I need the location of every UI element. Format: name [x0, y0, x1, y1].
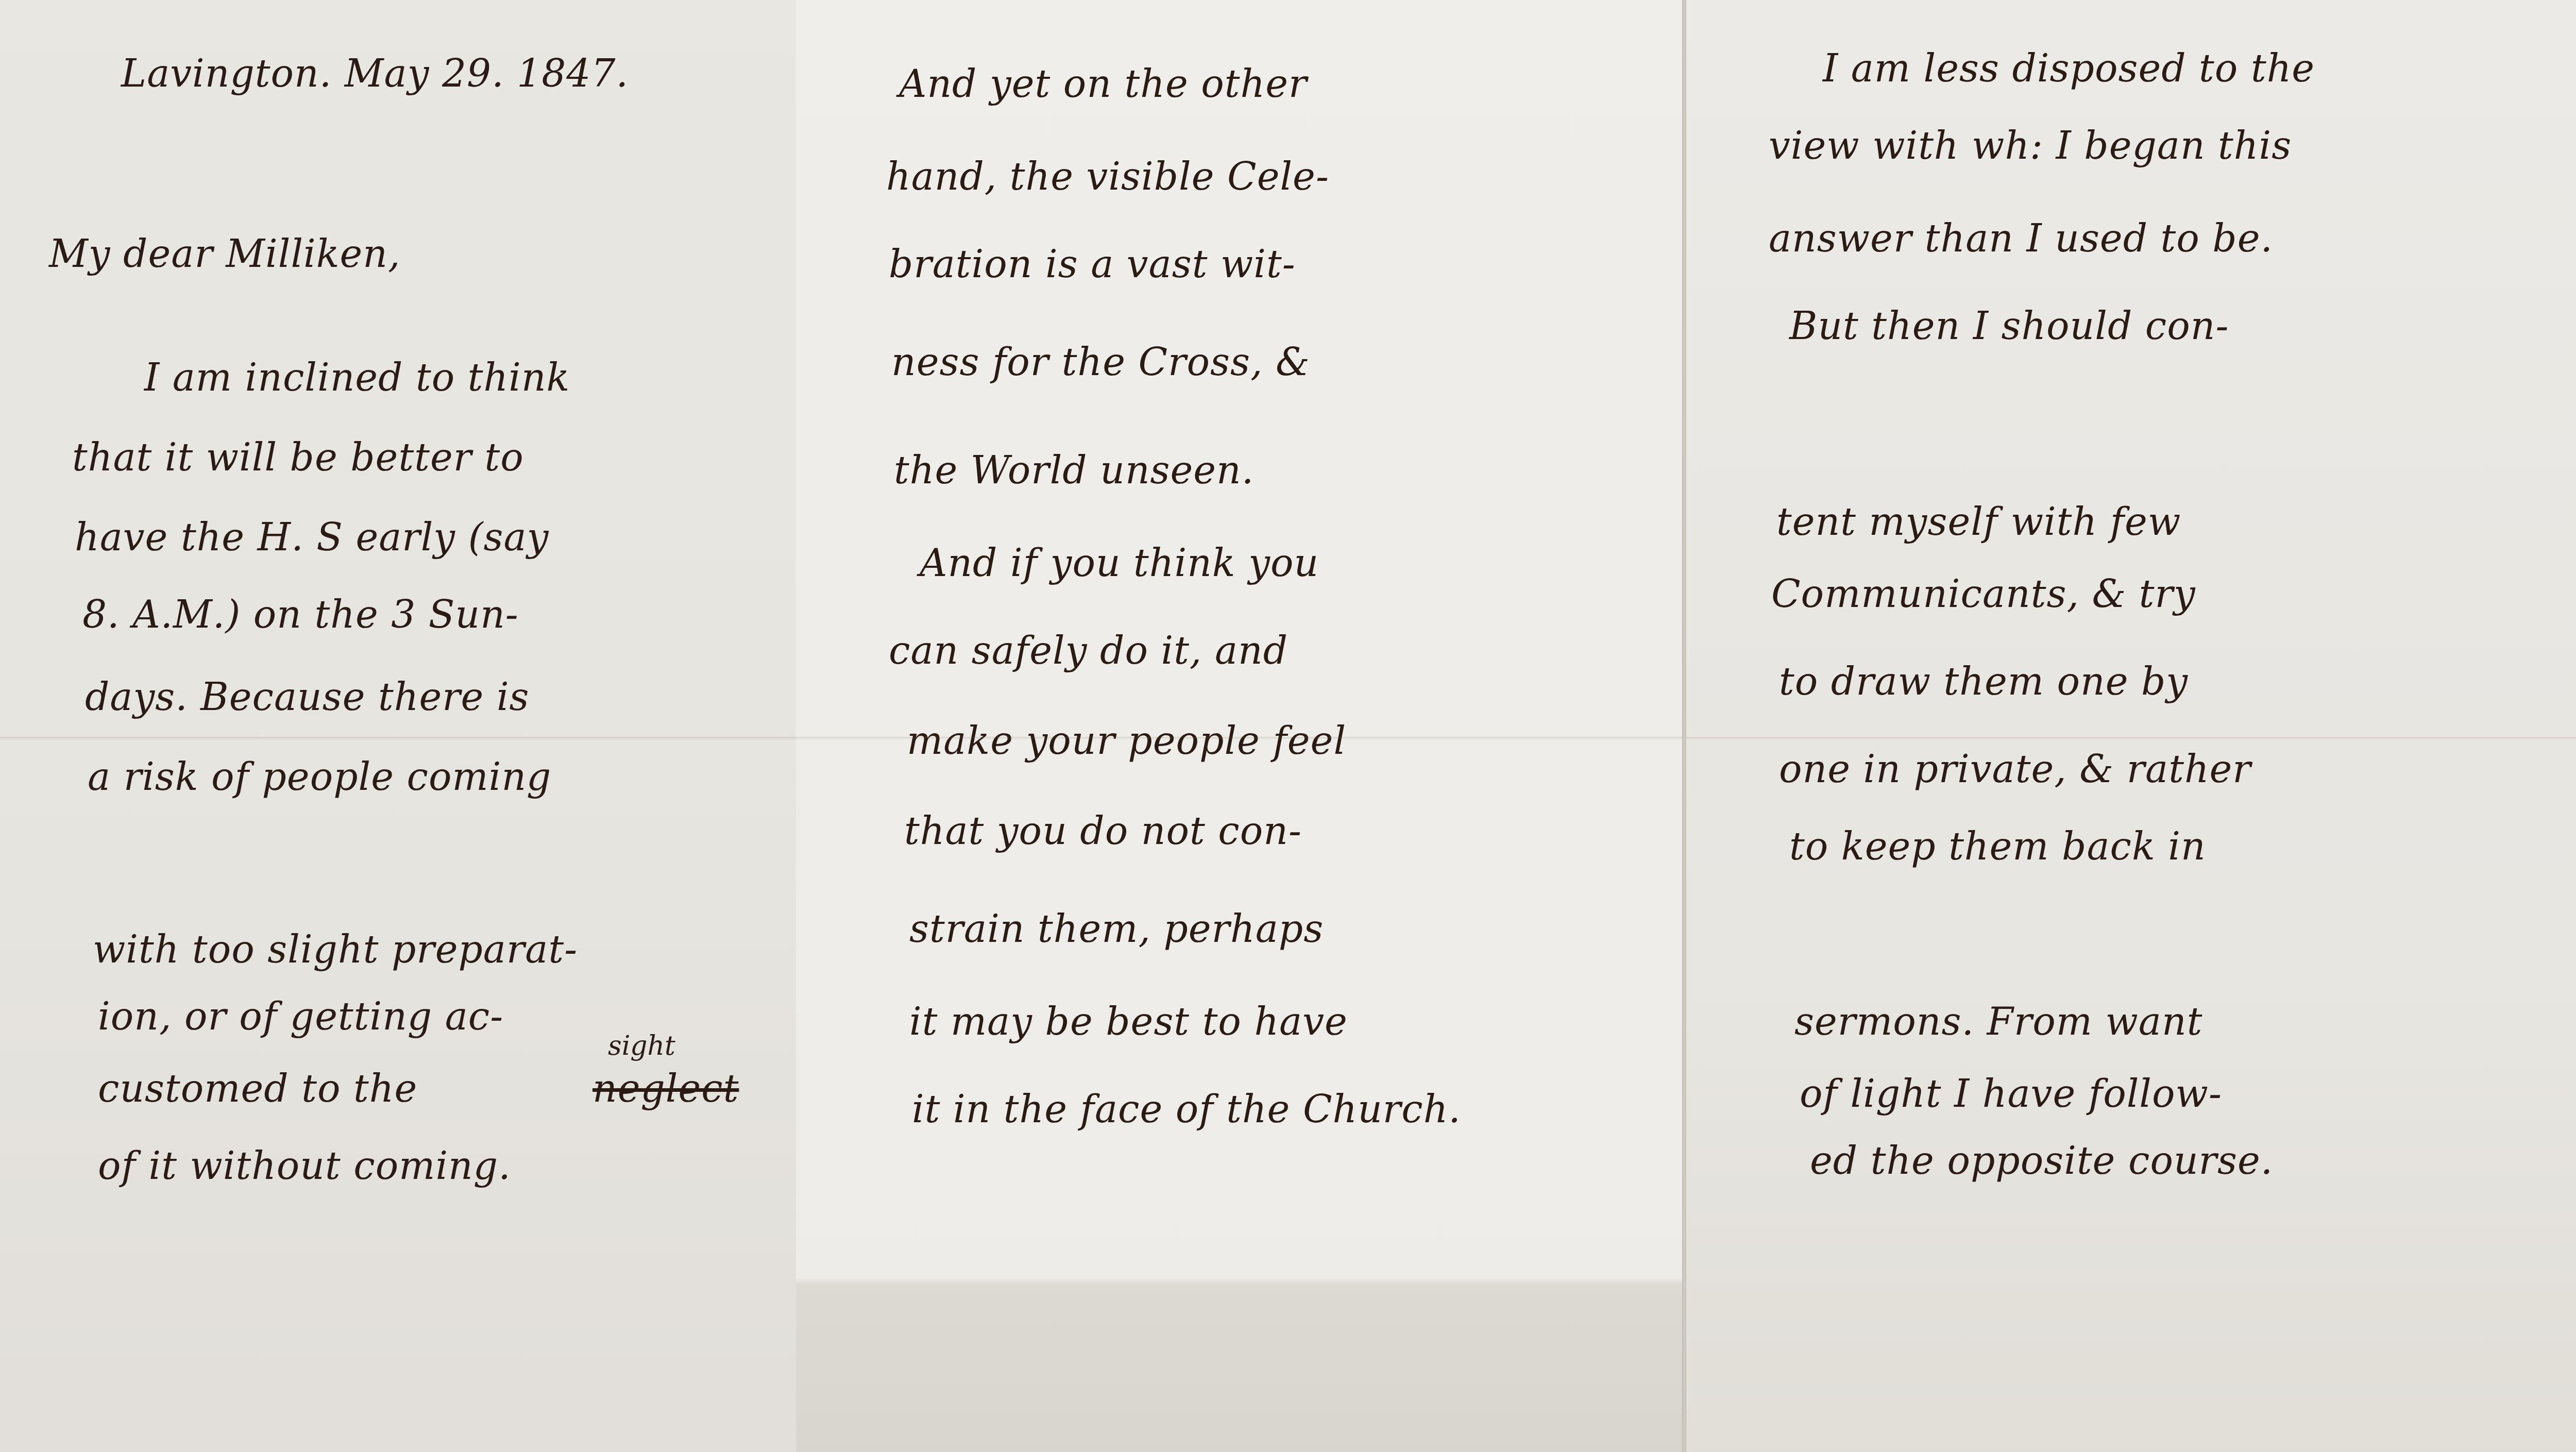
text-line: a risk of people coming — [88, 755, 551, 799]
salutation: My dear Milliken, — [49, 232, 401, 276]
text-line: that you do not con- — [904, 809, 1302, 853]
text-line: days. Because there is — [85, 675, 530, 719]
text-line: And yet on the other — [899, 62, 1307, 106]
letter-scan: Lavington. May 29. 1847. My dear Millike… — [0, 0, 2576, 1452]
letter-page-2: And yet on the other hand, the visible C… — [796, 0, 1685, 1452]
text-line: the World unseen. — [894, 448, 1254, 493]
text-line: one in private, & rather — [1779, 747, 2251, 791]
text-line: it in the face of the Church. — [912, 1087, 1461, 1132]
text-line: to draw them one by — [1779, 660, 2188, 704]
text-line: ed the opposite course. — [1810, 1139, 2273, 1183]
text-line: I am inclined to think — [144, 356, 570, 400]
text-line: ness for the Cross, & — [891, 340, 1310, 384]
text-line: bration is a vast wit- — [889, 242, 1296, 286]
text-line: 8. A.M.) on the 3 Sun- — [82, 593, 519, 637]
text-line: can safely do it, and — [889, 629, 1288, 673]
text-line: sermons. From want — [1794, 1000, 2202, 1044]
text-line: view with wh: I began this — [1769, 124, 2292, 168]
text-line: tent myself with few — [1776, 500, 2181, 544]
text-line: customed to the — [98, 1067, 417, 1111]
text-line: to keep them back in — [1789, 824, 2206, 869]
letter-page-3: I am less disposed to the view with wh: … — [1685, 0, 2576, 1452]
text-line: of light I have follow- — [1800, 1072, 2222, 1116]
text-line: And if you think you — [920, 541, 1319, 585]
text-line: of it without coming. — [98, 1144, 511, 1188]
text-line: have the H. S early (say — [75, 515, 549, 560]
text-line: answer than I used to be. — [1769, 216, 2273, 261]
text-line: hand, the visible Cele- — [886, 155, 1329, 199]
text-line: Communicants, & try — [1771, 572, 2196, 616]
text-line: with too slight preparat- — [93, 927, 578, 972]
text-line: it may be best to have — [909, 1000, 1348, 1044]
text-line: I am less disposed to the — [1823, 46, 2315, 91]
text-line: strain them, perhaps — [909, 907, 1324, 951]
text-line: But then I should con- — [1789, 304, 2229, 348]
text-line: make your people feel — [907, 719, 1346, 763]
text-line: that it will be better to — [72, 435, 524, 480]
text-line: ion, or of getting ac- — [98, 994, 503, 1039]
letter-heading: Lavington. May 29. 1847. — [121, 52, 629, 96]
inserted-word: sight — [608, 1031, 675, 1061]
letter-page-1: Lavington. May 29. 1847. My dear Millike… — [0, 0, 796, 1452]
struck-word: neglect — [592, 1067, 739, 1111]
